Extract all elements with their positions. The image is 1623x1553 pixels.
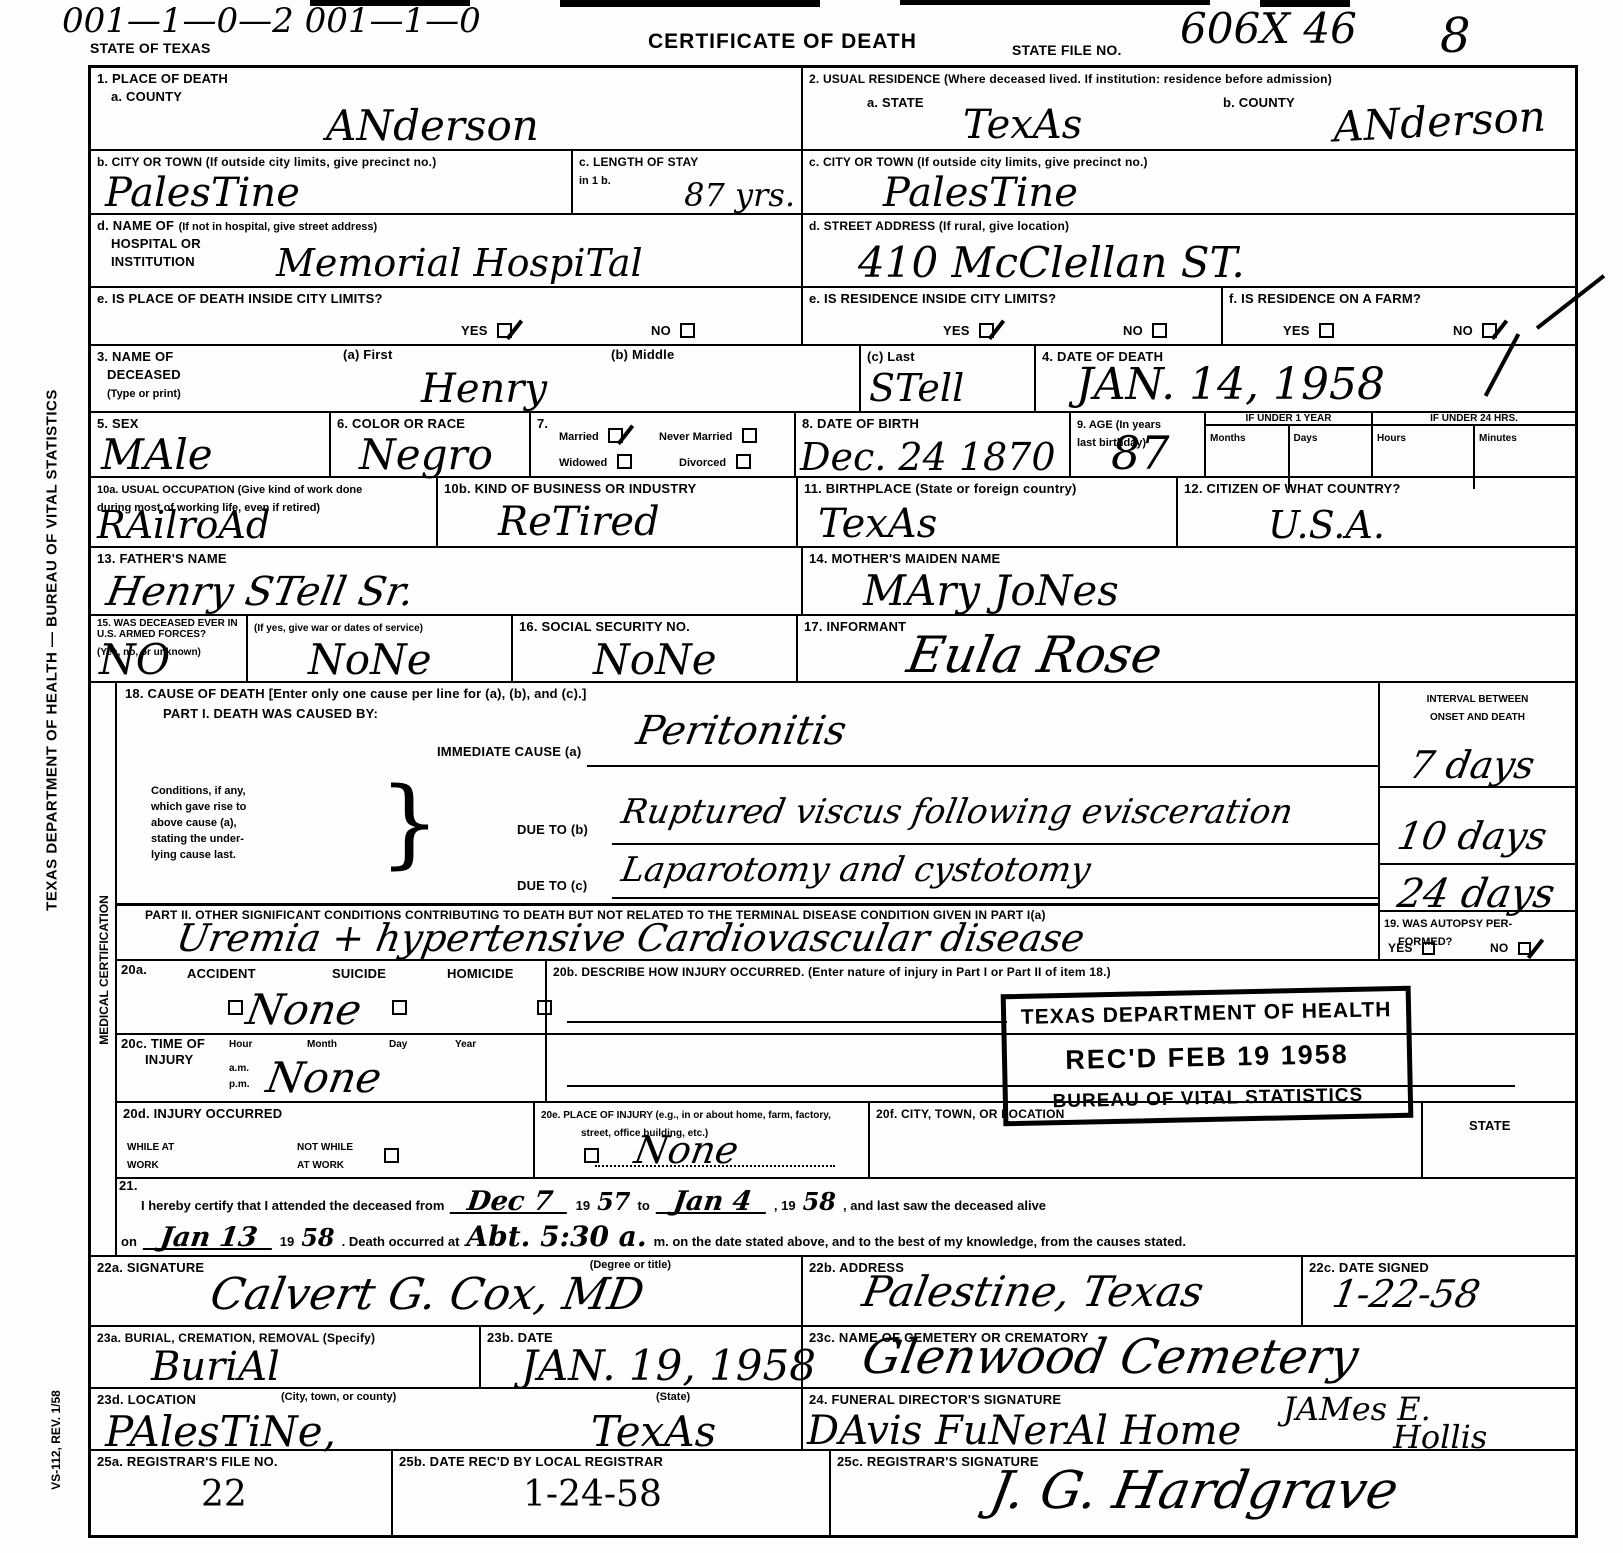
physician-signature-value: Calvert G. Cox, MD — [207, 1273, 647, 1317]
burial-location-city-value: PAlesTiNe, — [105, 1411, 336, 1453]
months-label: Months — [1210, 433, 1246, 444]
certify-text-2: , and last saw the deceased alive — [843, 1198, 1046, 1213]
certificate-form: 1. PLACE OF DEATH a. COUNTY ANderson 2. … — [88, 65, 1578, 1538]
field-burial-date: 23b. DATE JAN. 19, 1958 — [481, 1327, 803, 1387]
field-under-1-year: IF UNDER 1 YEAR Months Days — [1206, 413, 1373, 476]
last-name-value: STell — [869, 369, 964, 407]
residence-city-value: PalesTine — [883, 173, 1078, 213]
physician-address-value: Palestine, Texas — [859, 1271, 1206, 1313]
never-married-label: Never Married — [659, 431, 732, 443]
field-race: 6. COLOR OR RACE Negro — [331, 413, 531, 476]
field-burial-type: 23a. BURIAL, CREMATION, REMOVAL (Specify… — [91, 1327, 481, 1387]
due-to-b-label: DUE TO (b) — [517, 823, 588, 838]
accident-label: ACCIDENT — [187, 967, 256, 982]
field-death-city-limits: e. IS PLACE OF DEATH INSIDE CITY LIMITS?… — [91, 288, 803, 344]
time-of-injury-label-1: 20c. TIME OF — [121, 1037, 205, 1052]
field-burial-location: 23d. LOCATION (City, town, or county) (S… — [91, 1389, 803, 1449]
time-of-injury-label-2: INJURY — [145, 1053, 193, 1068]
immediate-cause-label: IMMEDIATE CAUSE (a) — [437, 745, 581, 760]
length-of-stay-sublabel: in 1 b. — [579, 175, 611, 187]
field-sex: 5. SEX MAle — [91, 413, 331, 476]
interval-b-value: 10 days — [1395, 817, 1550, 855]
field-under-24-hrs: IF UNDER 24 HRS. Hours Minutes — [1373, 413, 1575, 476]
yes-label: YES — [461, 324, 488, 339]
length-of-stay-label: c. LENGTH OF STAY — [579, 156, 698, 170]
date-of-birth-label: 8. DATE OF BIRTH — [802, 417, 919, 432]
state-file-no-value: 606X 46 — [1180, 8, 1357, 50]
date-recd-value: 1-24-58 — [523, 1477, 662, 1513]
describe-injury-label: 20b. DESCRIBE HOW INJURY OCCURRED. (Ente… — [553, 966, 1111, 980]
registrar-file-no-value: 22 — [201, 1477, 247, 1513]
field-place-of-injury: 20e. PLACE OF INJURY (e.g., in or about … — [535, 1103, 870, 1177]
middle-name-label: (b) Middle — [611, 348, 674, 363]
name-label-3: (Type or print) — [107, 388, 181, 400]
county-value: ANderson — [326, 105, 539, 147]
field-certification-statement: 21. I hereby certify that I attended the… — [117, 1179, 1575, 1255]
date-recd-label: 25b. DATE REC'D BY LOCAL REGISTRAR — [399, 1455, 663, 1470]
checkbox-farm-no — [1482, 323, 1497, 338]
suicide-label: SUICIDE — [332, 967, 386, 982]
interval-column: INTERVAL BETWEEN ONSET AND DEATH 7 days … — [1378, 683, 1575, 959]
field-accident-suicide-homicide: 20a. ACCIDENT SUICIDE HOMICIDE None — [117, 961, 547, 1033]
conditions-note-5: lying cause last. — [151, 849, 236, 861]
hospital-label-4: (If not in hospital, give street address… — [179, 221, 378, 233]
date-of-death-value: JAN. 14, 1958 — [1076, 363, 1385, 407]
year-label: Year — [455, 1039, 476, 1050]
occupation-label-1: 10a. USUAL OCCUPATION (Give kind of work… — [97, 484, 362, 496]
field-informant: 17. INFORMANT Eula Rose — [798, 616, 1575, 681]
physician-signature-label: 22a. SIGNATURE — [97, 1261, 204, 1276]
field-birthplace: 11. BIRTHPLACE (State or foreign country… — [798, 478, 1178, 546]
year-19-label: 19 — [280, 1234, 294, 1249]
yes-label: YES — [1283, 324, 1310, 339]
while-at-work-label-1: WHILE AT — [127, 1142, 174, 1153]
checkbox-death-city-yes — [497, 323, 512, 338]
business-label: 10b. KIND OF BUSINESS OR INDUSTRY — [444, 482, 696, 497]
am-label: a.m. — [229, 1063, 249, 1074]
state-file-no-label: STATE FILE NO. — [1012, 42, 1122, 58]
length-of-stay-value: 87 yrs. — [684, 179, 795, 211]
field-age: 9. AGE (In years last birthday) 87 — [1071, 413, 1206, 476]
item-20a-label: 20a. — [121, 963, 147, 978]
interval-header-2: ONSET AND DEATH — [1430, 712, 1525, 723]
no-label: NO — [1123, 324, 1143, 339]
conditions-brace: } — [379, 775, 440, 871]
field-armed-forces: 15. WAS DECEASED EVER IN U.S. ARMED FORC… — [91, 616, 248, 681]
checkbox-suicide — [392, 1000, 407, 1015]
field-autopsy: 19. WAS AUTOPSY PER- FORMED? YES NO — [1380, 912, 1575, 959]
checkbox-accident — [228, 1000, 243, 1015]
field-physician-address: 22b. ADDRESS Palestine, Texas — [803, 1257, 1303, 1325]
scan-artifact — [560, 0, 820, 7]
race-value: Negro — [359, 434, 493, 476]
last-seen-date: Jan 13 — [143, 1231, 275, 1250]
interval-header-1: INTERVAL BETWEEN — [1427, 694, 1529, 705]
death-city-limits-label: e. IS PLACE OF DEATH INSIDE CITY LIMITS? — [97, 292, 383, 307]
cause-of-death-section: 18. CAUSE OF DEATH [Enter only one cause… — [117, 683, 1378, 959]
field-date-signed: 22c. DATE SIGNED 1-22-58 — [1303, 1257, 1575, 1325]
month-label: Month — [307, 1039, 337, 1050]
residence-city-limits-label: e. IS RESIDENCE INSIDE CITY LIMITS? — [809, 292, 1056, 307]
yes-label: YES — [943, 324, 970, 339]
birthplace-label: 11. BIRTHPLACE (State or foreign country… — [804, 482, 1077, 497]
place-of-death-label: 1. PLACE OF DEATH — [97, 72, 228, 87]
checkbox-while-at-work — [384, 1148, 399, 1163]
hour-label: Hour — [229, 1039, 252, 1050]
autopsy-label-1: 19. WAS AUTOPSY PER- — [1384, 918, 1512, 930]
burial-type-value: BuriAl — [151, 1347, 280, 1387]
business-value: ReTired — [498, 502, 660, 542]
conditions-note-3: above cause (a), — [151, 817, 237, 829]
date-of-birth-value: Dec. 24 1870 — [800, 438, 1056, 476]
war-service-value: NoNe — [308, 639, 432, 681]
yes-label: YES — [1388, 942, 1413, 956]
street-address-value: 410 McClellan ST. — [858, 242, 1245, 284]
homicide-label: HOMICIDE — [447, 967, 514, 982]
field-hospital: d. NAME OF (If not in hospital, give str… — [91, 215, 803, 286]
field-cemetery: 23c. NAME OF CEMETERY OR CREMATORY Glenw… — [803, 1327, 1575, 1387]
sex-value: MAle — [101, 434, 213, 476]
field-physician-signature: 22a. SIGNATURE (Degree or title) Calvert… — [91, 1257, 803, 1325]
field-last-name: (c) Last STell — [861, 346, 1036, 411]
no-label: NO — [651, 324, 671, 339]
stamp-line-2: REC'D FEB 19 1958 — [1065, 1039, 1349, 1076]
married-label: Married — [559, 431, 599, 443]
field-business: 10b. KIND OF BUSINESS OR INDUSTRY ReTire… — [438, 478, 798, 546]
injury-state-label: STATE — [1469, 1119, 1511, 1134]
father-name-label: 13. FATHER'S NAME — [97, 552, 227, 567]
immediate-cause-value: Peritonitis — [633, 711, 849, 751]
place-of-injury-label-1: 20e. PLACE OF INJURY (e.g., in or about … — [541, 1110, 831, 1121]
part2-value: Uremia + hypertensive Cardiovascular dis… — [174, 919, 1088, 957]
marital-label: 7. — [537, 417, 548, 432]
field-street-address: d. STREET ADDRESS (If rural, give locati… — [803, 215, 1575, 286]
medical-certification-strip: MEDICAL CERTIFICATION — [91, 683, 117, 1255]
certify-text-1: I hereby certify that I attended the dec… — [141, 1198, 444, 1213]
field-date-of-birth: 8. DATE OF BIRTH Dec. 24 1870 — [796, 413, 1071, 476]
accident-none-value: None — [243, 989, 364, 1031]
residence-farm-label: f. IS RESIDENCE ON A FARM? — [1229, 292, 1421, 307]
state-sub-label: (State) — [656, 1391, 690, 1403]
hospital-value: Memorial HospiTal — [276, 244, 643, 282]
on-label: on — [121, 1234, 137, 1249]
not-while-at-work-label-1: NOT WHILE — [297, 1142, 353, 1153]
time-of-injury-none-value: None — [263, 1057, 384, 1099]
first-name-value: Henry — [421, 369, 547, 409]
year-19-label: 19 — [576, 1198, 590, 1213]
burial-location-label: 23d. LOCATION — [97, 1393, 196, 1408]
informant-value: Eula Rose — [904, 630, 1166, 680]
no-label: NO — [1490, 942, 1508, 956]
place-of-injury-none-value: None — [632, 1131, 742, 1169]
field-residence-city: c. CITY OR TOWN (If outside city limits,… — [803, 151, 1575, 213]
state-of-texas-label: STATE OF TEXAS — [90, 40, 211, 56]
informant-label: 17. INFORMANT — [804, 620, 906, 635]
cause-of-death-label: 18. CAUSE OF DEATH [Enter only one cause… — [125, 687, 586, 702]
stamp-line-3: BUREAU OF VITAL STATISTICS — [1052, 1085, 1363, 1114]
page-title: CERTIFICATE OF DEATH — [648, 30, 917, 54]
field-ssn: 16. SOCIAL SECURITY NO. NoNe — [513, 616, 798, 681]
divorced-label: Divorced — [679, 457, 726, 469]
residence-city-label: c. CITY OR TOWN (If outside city limits,… — [809, 156, 1148, 170]
checkbox-widowed — [617, 454, 632, 469]
last-seen-year: 58 — [301, 1231, 334, 1244]
field-funeral-director: 24. FUNERAL DIRECTOR'S SIGNATURE DAvis F… — [803, 1389, 1575, 1449]
conditions-note-4: stating the under- — [151, 833, 244, 845]
no-label: NO — [1453, 324, 1473, 339]
checkbox-death-city-no — [680, 323, 695, 338]
vertical-form-number: VS-112, REV. 1/58 — [49, 1390, 63, 1490]
age-value: 87 — [1111, 430, 1170, 476]
not-while-at-work-label-2: AT WORK — [297, 1160, 344, 1171]
field-residence-farm: f. IS RESIDENCE ON A FARM? YES NO — [1223, 288, 1575, 344]
cemetery-value: Glenwood Cemetery — [859, 1333, 1362, 1381]
under-24-hrs-label: IF UNDER 24 HRS. — [1373, 413, 1575, 426]
burial-date-value: JAN. 19, 1958 — [521, 1345, 816, 1387]
attended-to-date: Jan 4 — [655, 1195, 768, 1214]
checkbox-res-city-no — [1152, 323, 1167, 338]
field-date-recd: 25b. DATE REC'D BY LOCAL REGISTRAR 1-24-… — [393, 1451, 831, 1535]
last-name-label: (c) Last — [867, 350, 915, 365]
field-marital-status: 7. Married Never Married Widowed Divorce… — [531, 413, 796, 476]
minutes-label: Minutes — [1479, 433, 1517, 444]
received-stamp: TEXAS DEPARTMENT OF HEALTH REC'D FEB 19 … — [1001, 986, 1414, 1127]
certify-text-4: m. on the date stated above, and to the … — [654, 1234, 1186, 1249]
residence-state-value: TexAs — [963, 105, 1082, 145]
mother-name-value: MAry JoNes — [863, 570, 1119, 612]
checkbox-res-city-yes — [979, 323, 994, 338]
field-residence-city-limits: e. IS RESIDENCE INSIDE CITY LIMITS? YES … — [803, 288, 1223, 344]
field-registrar-file-no: 25a. REGISTRAR'S FILE NO. 22 — [91, 1451, 393, 1535]
funeral-home-value: DAvis FuNerAl Home — [807, 1411, 1241, 1451]
checkbox-autopsy-yes — [1422, 942, 1435, 955]
registrar-file-no-label: 25a. REGISTRAR'S FILE NO. — [97, 1455, 278, 1470]
injury-occurred-label: 20d. INJURY OCCURRED — [123, 1107, 282, 1122]
pm-label: p.m. — [229, 1079, 250, 1090]
field-registrar-signature: 25c. REGISTRAR'S SIGNATURE J. G. Hardgra… — [831, 1451, 1575, 1535]
field-length-of-stay: c. LENGTH OF STAY in 1 b. 87 yrs. — [573, 151, 803, 213]
field-injury-occurred: 20d. INJURY OCCURRED WHILE AT WORK NOT W… — [117, 1103, 535, 1177]
occupation-value: RAilroAd — [97, 506, 270, 544]
hospital-label-1: d. NAME OF — [97, 219, 174, 234]
field-usual-residence: 2. USUAL RESIDENCE (Where deceased lived… — [803, 68, 1575, 149]
serial-numbers: 001—1—0—2 001—1—0 — [62, 4, 481, 38]
interval-a-value: 7 days — [1407, 746, 1538, 784]
to-label: to — [638, 1198, 650, 1213]
certify-text-3: . Death occurred at — [342, 1234, 460, 1249]
field-war-service: (If yes, give war or dates of service) N… — [248, 616, 513, 681]
conditions-note-1: Conditions, if any, — [151, 785, 246, 797]
city-of-death-label: b. CITY OR TOWN (If outside city limits,… — [97, 156, 436, 170]
residence-county-value: ANderson — [1332, 95, 1547, 148]
field-mother-name: 14. MOTHER'S MAIDEN NAME MAry JoNes — [803, 548, 1575, 614]
death-certificate-scan: 001—1—0—2 001—1—0 STATE OF TEXAS CERTIFI… — [0, 0, 1623, 1553]
funeral-director-name-2: Hollis — [1393, 1421, 1487, 1453]
ssn-value: NoNe — [593, 639, 717, 681]
field-occupation: 10a. USUAL OCCUPATION (Give kind of work… — [91, 478, 438, 546]
checkbox-autopsy-no — [1518, 942, 1531, 955]
field-name-of-deceased: 3. NAME OF DECEASED (Type or print) (a) … — [91, 346, 861, 411]
attended-from-date: Dec 7 — [450, 1195, 570, 1214]
due-to-c-value: Laparotomy and cystotomy — [619, 853, 1093, 887]
residence-county-label: b. COUNTY — [1223, 96, 1295, 111]
days-label: Days — [1294, 433, 1318, 444]
attended-to-year: 58 — [803, 1195, 836, 1208]
hospital-label-3: INSTITUTION — [111, 255, 195, 270]
attended-from-year: 57 — [597, 1195, 630, 1208]
hospital-label-2: HOSPITAL OR — [111, 237, 201, 252]
checkbox-farm-yes — [1319, 323, 1334, 338]
residence-state-label: a. STATE — [867, 96, 924, 111]
checkbox-married — [608, 428, 623, 443]
vertical-medical-certification-label: MEDICAL CERTIFICATION — [97, 895, 111, 1045]
field-date-of-death: 4. DATE OF DEATH JAN. 14, 1958 — [1036, 346, 1575, 411]
city-of-death-value: PalesTine — [105, 173, 300, 213]
name-label-1: 3. NAME OF — [97, 350, 173, 365]
item-21-label: 21. — [119, 1179, 138, 1194]
war-service-label: (If yes, give war or dates of service) — [254, 623, 423, 634]
birthplace-value: TexAs — [818, 504, 937, 544]
father-name-value: Henry STell Sr. — [103, 572, 417, 612]
checkbox-divorced — [736, 454, 751, 469]
while-at-work-label-2: WORK — [127, 1160, 159, 1171]
mother-name-label: 14. MOTHER'S MAIDEN NAME — [809, 552, 1000, 567]
city-town-county-label: (City, town, or county) — [281, 1391, 396, 1403]
citizen-label: 12. CITIZEN OF WHAT COUNTRY? — [1184, 482, 1400, 497]
stamp-line-1: TEXAS DEPARTMENT OF HEALTH — [1021, 998, 1392, 1030]
citizen-value: U.S.A. — [1268, 506, 1385, 544]
field-citizen: 12. CITIZEN OF WHAT COUNTRY? U.S.A. — [1178, 478, 1575, 546]
field-time-of-injury: 20c. TIME OF INJURY Hour a.m. p.m. Month… — [117, 1035, 547, 1101]
field-father-name: 13. FATHER'S NAME Henry STell Sr. — [91, 548, 803, 614]
field-city-of-death: b. CITY OR TOWN (If outside city limits,… — [91, 151, 573, 213]
date-signed-value: 1-22-58 — [1330, 1275, 1483, 1313]
widowed-label: Widowed — [559, 457, 607, 469]
day-label: Day — [389, 1039, 407, 1050]
vertical-dept-label: TEXAS DEPARTMENT OF HEALTH — BUREAU OF V… — [44, 389, 61, 911]
field-place-of-death: 1. PLACE OF DEATH a. COUNTY ANderson — [91, 68, 803, 149]
name-label-2: DECEASED — [107, 368, 181, 383]
under-1-year-label: IF UNDER 1 YEAR — [1206, 413, 1371, 426]
street-address-label: d. STREET ADDRESS (If rural, give locati… — [809, 220, 1069, 234]
comma-19-label: , 19 — [774, 1198, 796, 1213]
armed-forces-value: NO — [99, 639, 170, 681]
part1-label: PART I. DEATH WAS CAUSED BY: — [163, 707, 378, 722]
due-to-b-value: Ruptured viscus following evisceration — [619, 795, 1295, 829]
interval-c-value: 24 days — [1394, 874, 1557, 914]
hours-label: Hours — [1377, 433, 1406, 444]
ssn-label: 16. SOCIAL SECURITY NO. — [519, 620, 690, 635]
burial-location-state-value: TexAs — [591, 1411, 716, 1453]
county-label: a. COUNTY — [111, 90, 182, 105]
scan-artifact — [900, 0, 1210, 5]
conditions-note-2: which gave rise to — [151, 801, 246, 813]
death-time-value: Abt. 5:30 a. — [466, 1229, 646, 1244]
usual-residence-label: 2. USUAL RESIDENCE (Where deceased lived… — [809, 73, 1332, 87]
funeral-director-label: 24. FUNERAL DIRECTOR'S SIGNATURE — [809, 1393, 1061, 1408]
registrar-signature-value: J. G. Hardgrave — [986, 1465, 1402, 1517]
field-injury-state: STATE — [1423, 1103, 1575, 1177]
page-number: 8 — [1440, 12, 1471, 60]
checkbox-never-married — [742, 428, 757, 443]
first-name-label: (a) First — [343, 348, 392, 363]
